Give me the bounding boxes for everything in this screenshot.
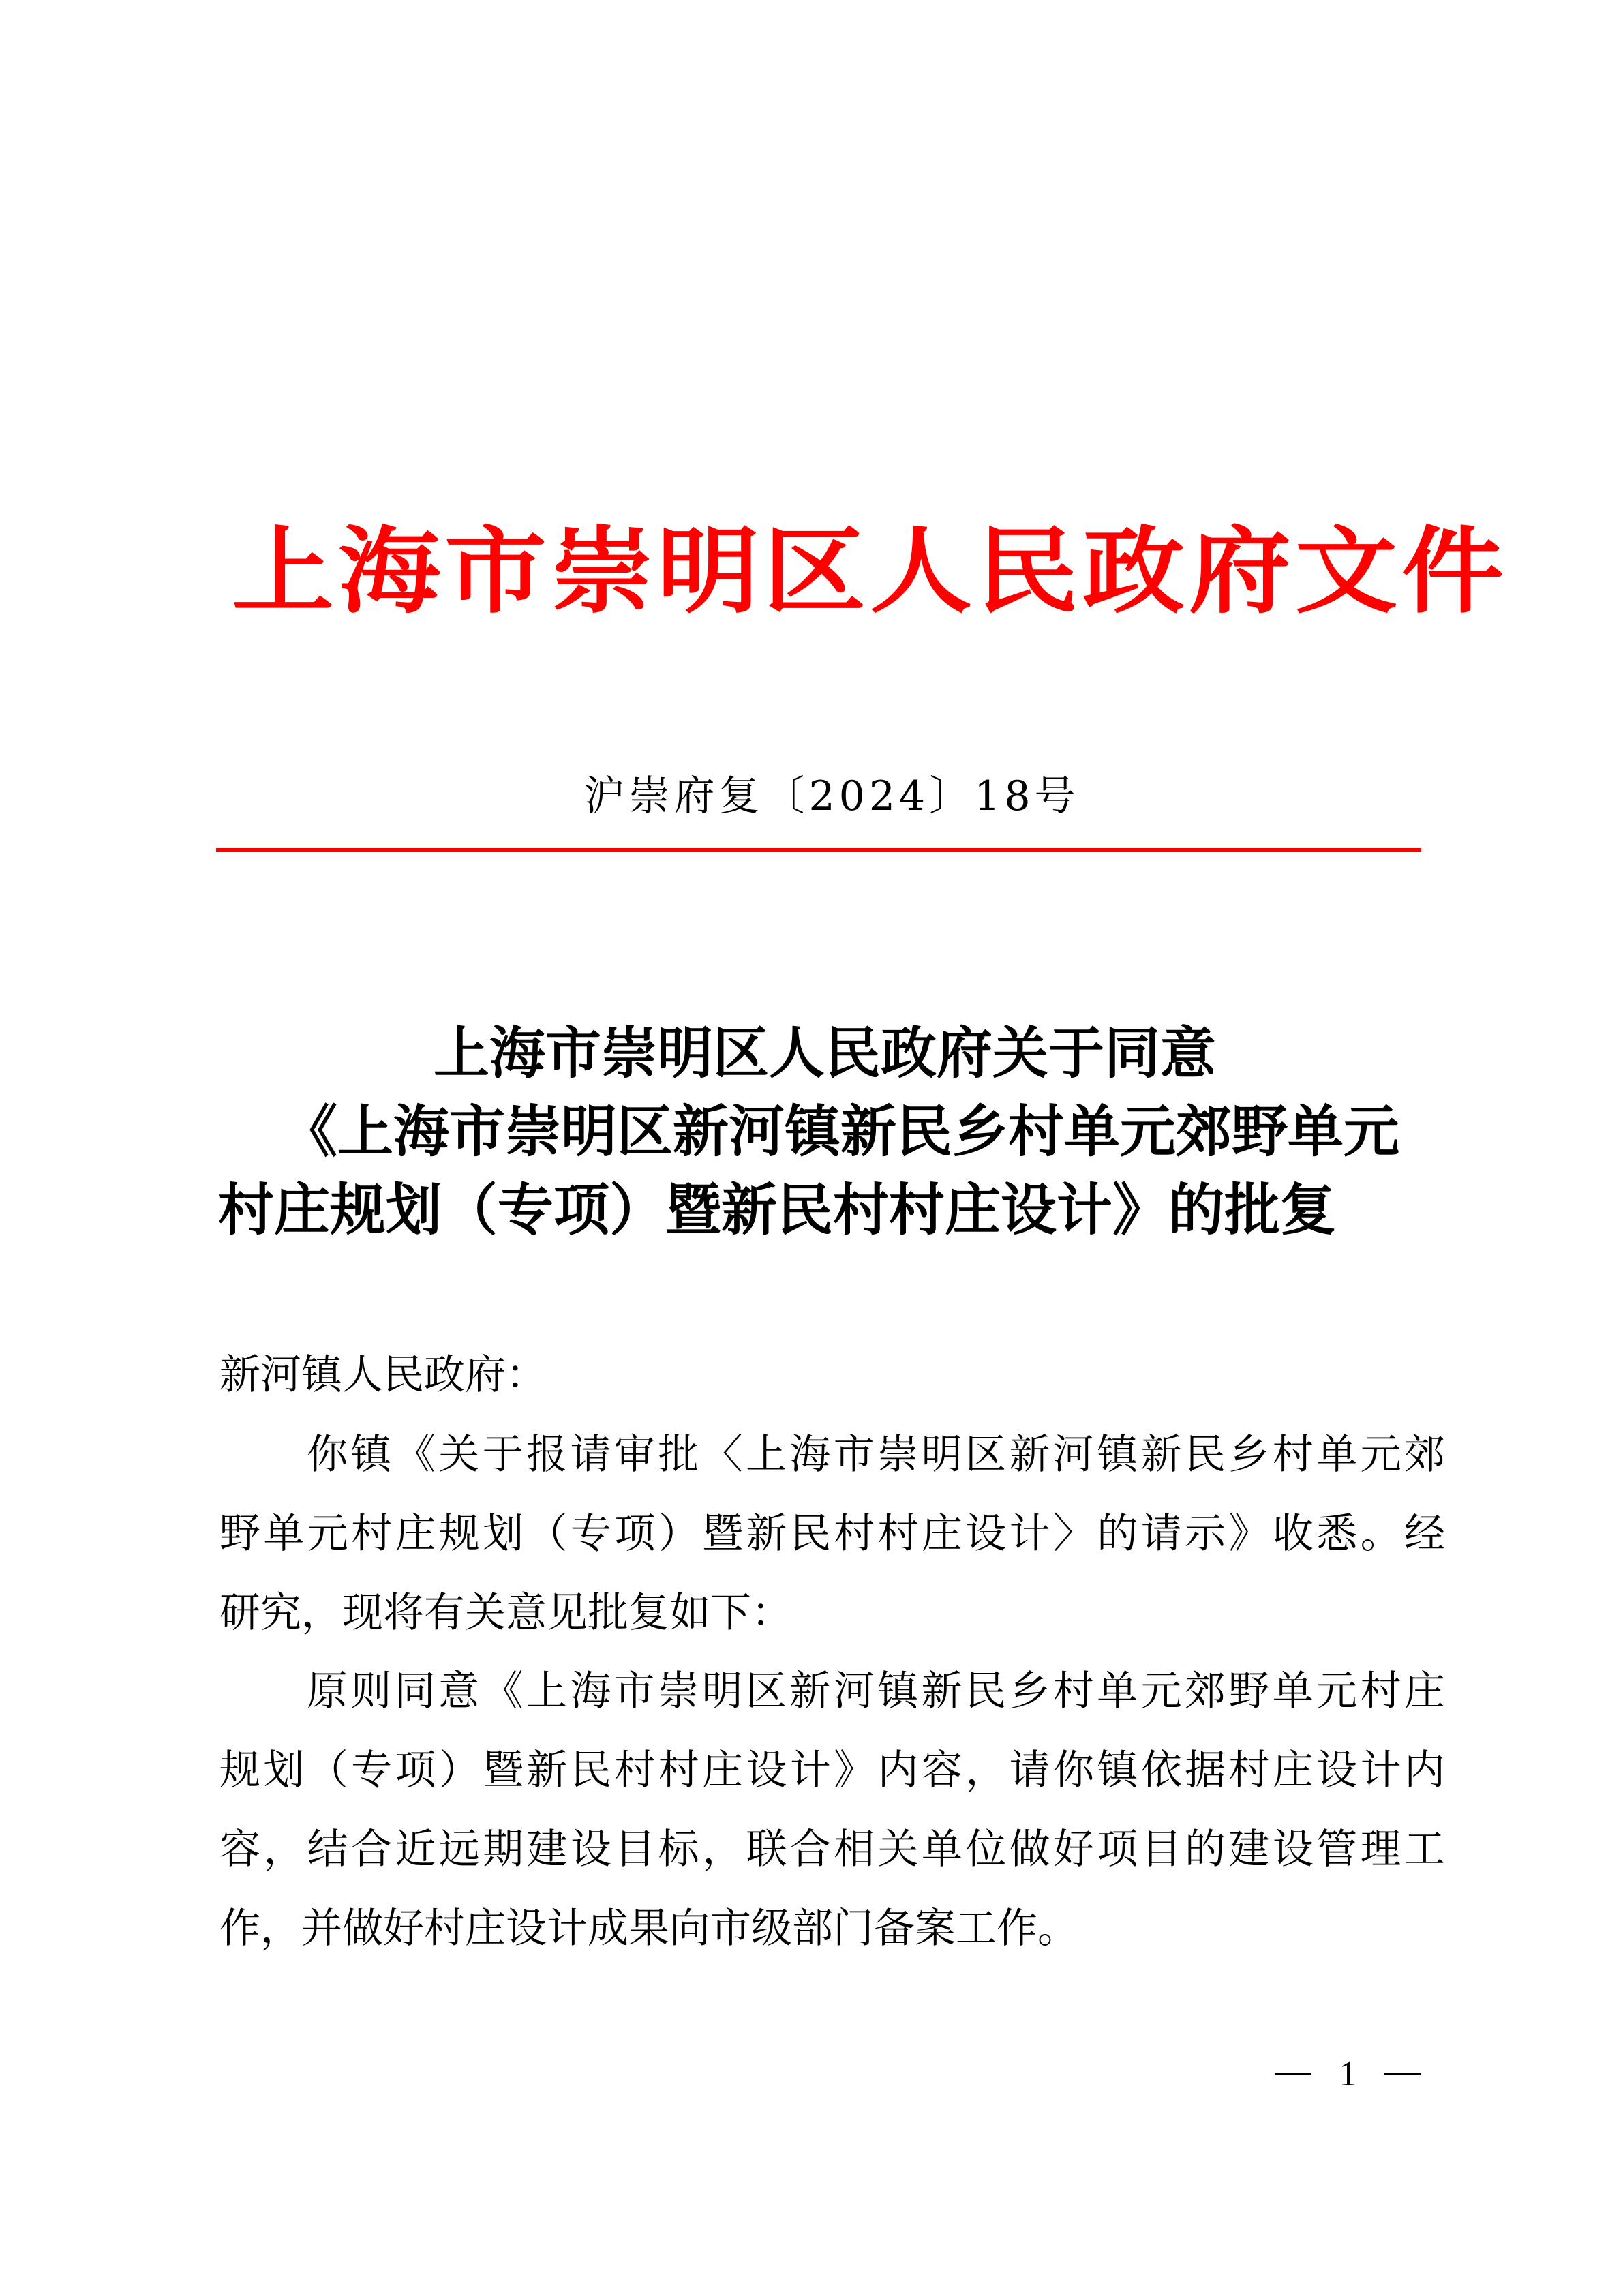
red-separator-line: [216, 848, 1421, 852]
paragraph-line: 野单元村庄规划（专项）暨新民村村庄设计〉的请示》收悉。经: [219, 1507, 1445, 1561]
subject-title-line-2: 《上海市崇明区新河镇新民乡村单元郊野单元: [282, 1094, 1399, 1169]
paragraph-line: 作，并做好村庄设计成果向市级部门备案工作。: [219, 1901, 1078, 1956]
document-page: 上海市崇明区人民政府文件 沪崇府复〔2024〕18号 上海市崇明区人民政府关于同…: [0, 0, 1623, 2296]
em-dash-left: [1275, 2073, 1311, 2075]
subject-title-line-1: 上海市崇明区人民政府关于同意: [434, 1016, 1216, 1091]
issuer-header-title: 上海市崇明区人民政府文件: [232, 515, 1438, 628]
salutation: 新河镇人民政府：: [219, 1348, 547, 1402]
paragraph-line: 研究，现将有关意见批复如下：: [219, 1586, 792, 1640]
em-dash-right: [1384, 2073, 1421, 2075]
document-number: 沪崇府复〔2024〕18号: [477, 768, 1186, 825]
paragraph-line: 容，结合近远期建设目标，联合相关单位做好项目的建设管理工: [219, 1822, 1445, 1877]
page-number: 1: [1275, 2053, 1421, 2094]
paragraph-line: 原则同意《上海市崇明区新河镇新民乡村单元郊野单元村庄: [307, 1664, 1445, 1719]
paragraph-line: 你镇《关于报请审批〈上海市崇明区新河镇新民乡村单元郊: [307, 1428, 1445, 1482]
subject-title-line-3: 村庄规划（专项）暨新民村村庄设计》的批复: [218, 1173, 1336, 1248]
page-number-value: 1: [1339, 2054, 1357, 2094]
paragraph-line: 规划（专项）暨新民村村庄设计》内容，请你镇依据村庄设计内: [219, 1743, 1445, 1798]
